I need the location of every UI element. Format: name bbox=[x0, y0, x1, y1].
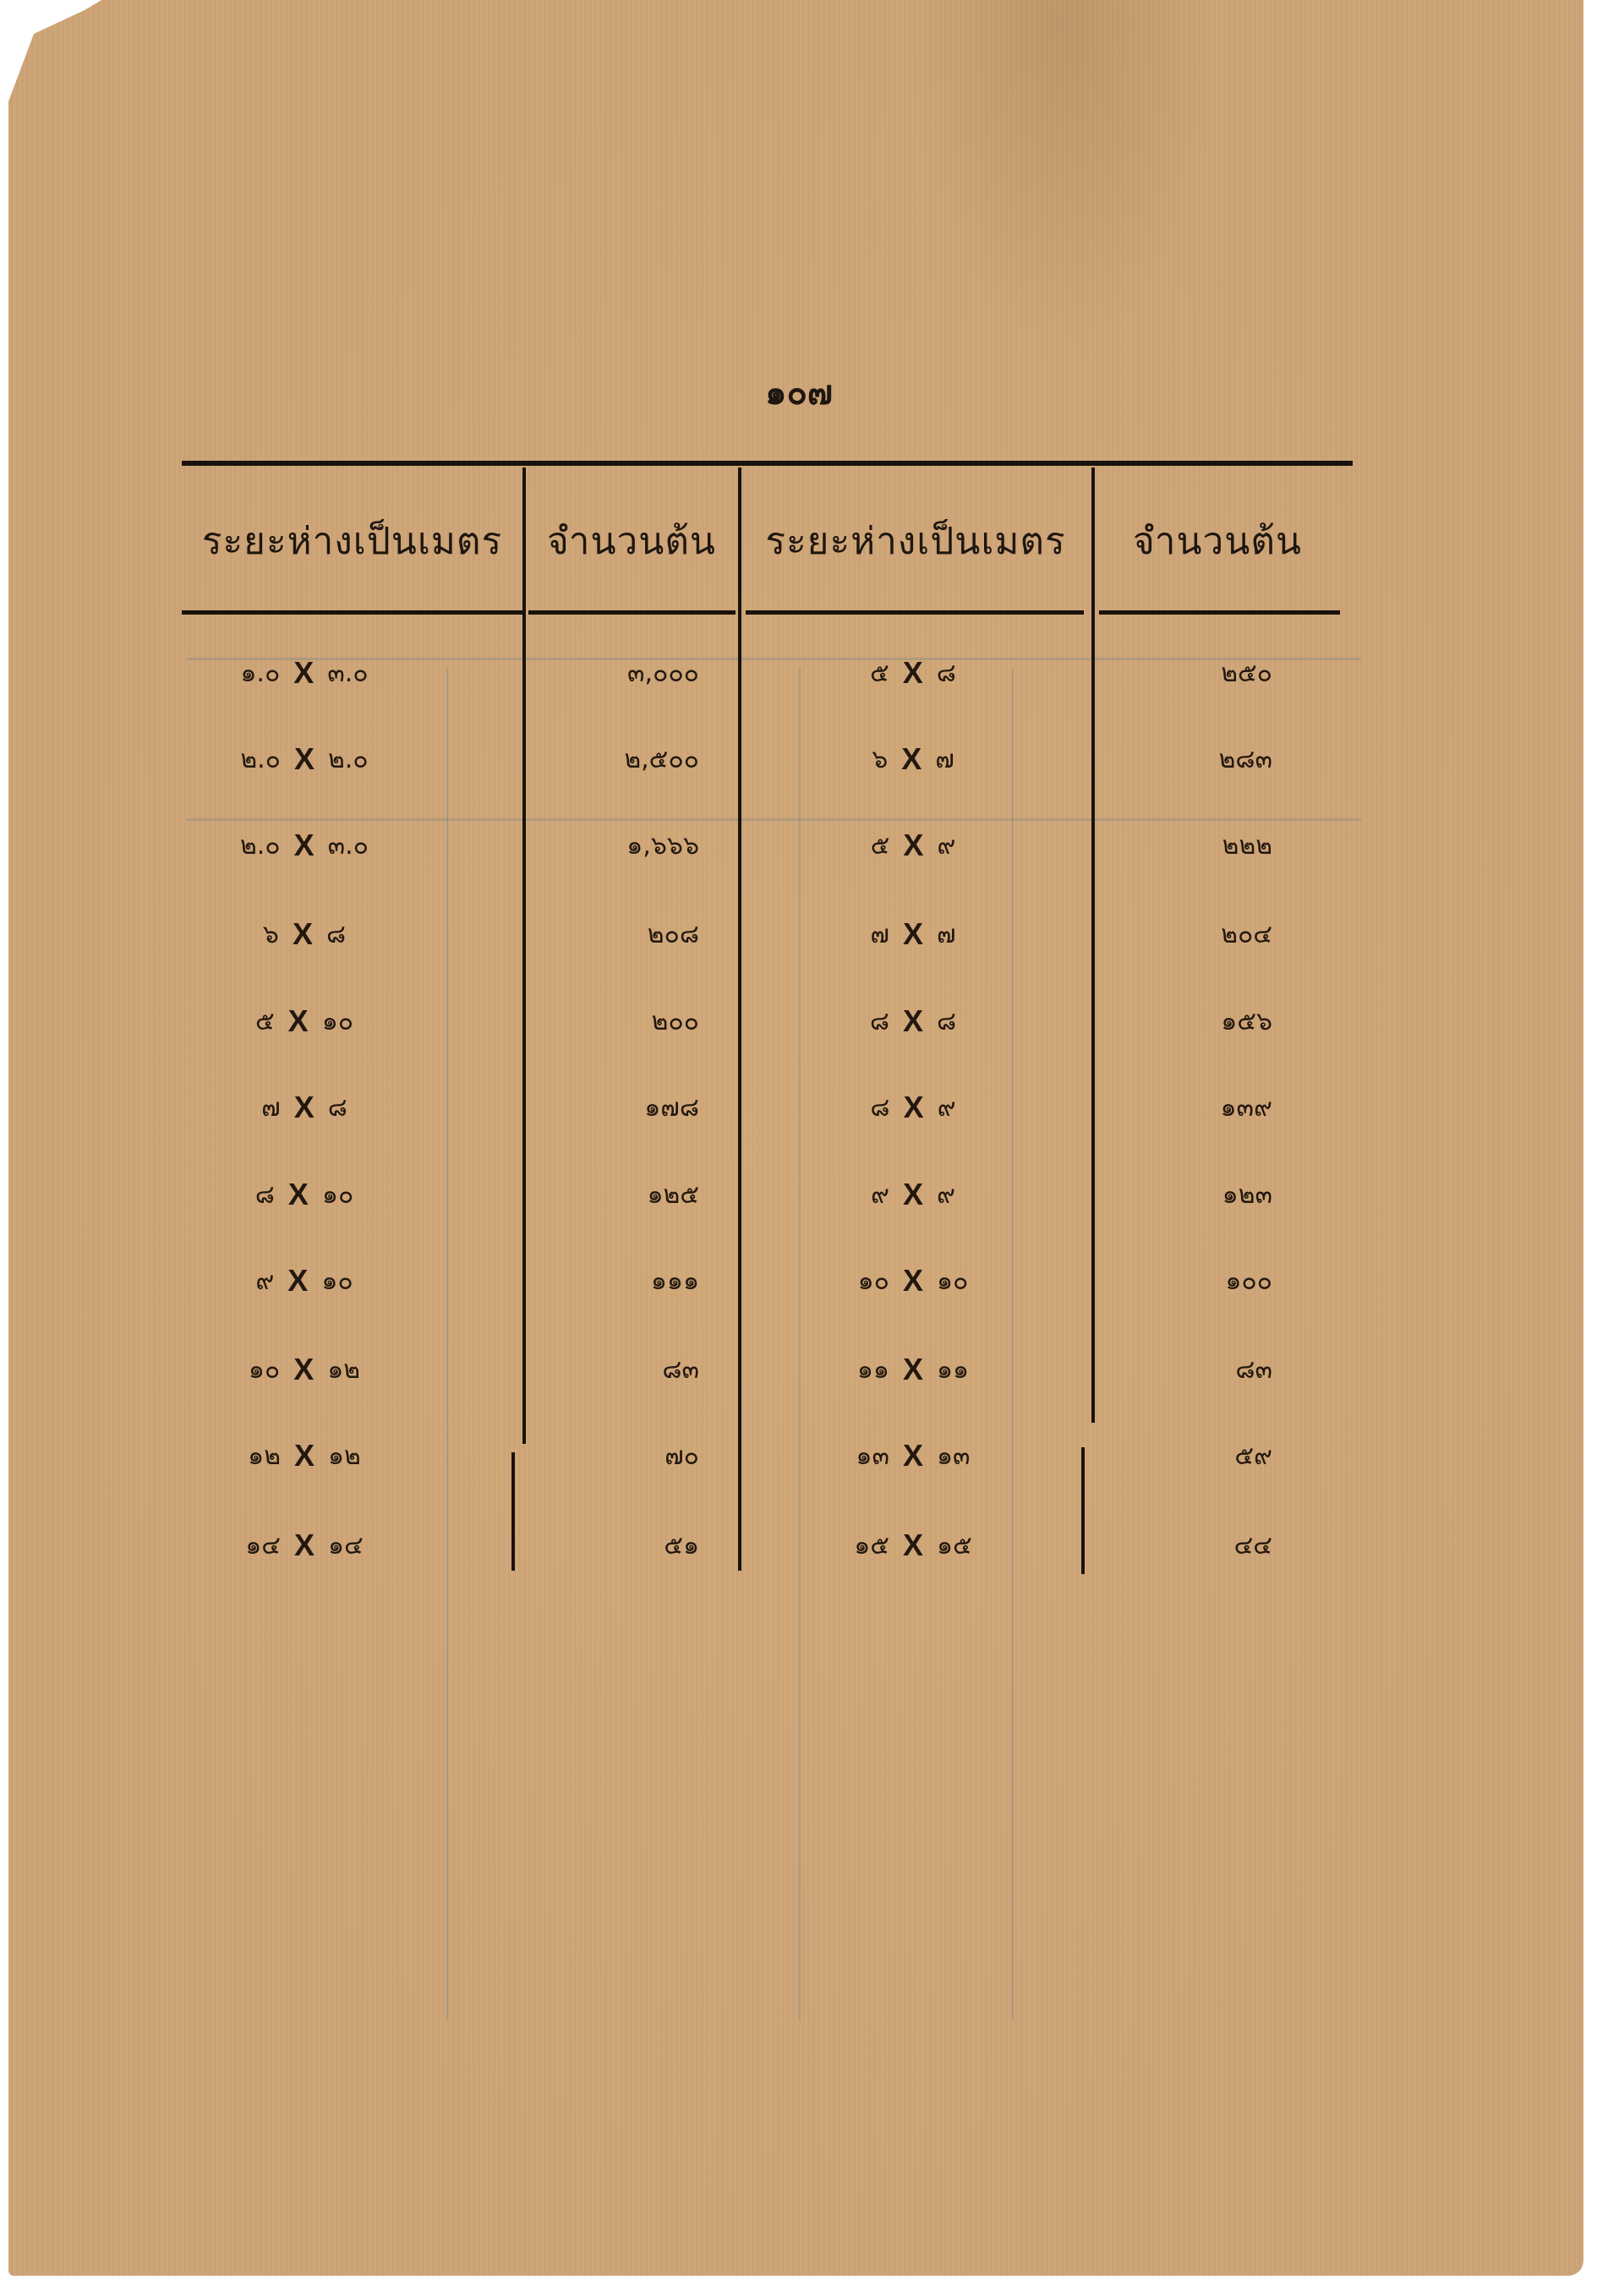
spacing-cell: ๕X๙ bbox=[744, 820, 1082, 871]
tree-count-cell: ๒๘๓ bbox=[1095, 734, 1272, 784]
times-sign: X bbox=[293, 916, 313, 952]
times-sign: X bbox=[903, 1352, 923, 1387]
times-sign: X bbox=[288, 1003, 309, 1039]
tree-count-cell: ๒๐๐ bbox=[526, 996, 699, 1047]
spacing-width: ๑.๐ bbox=[240, 653, 280, 693]
spacing-length: ๗ bbox=[937, 915, 956, 954]
spacing-width: ๘ bbox=[255, 1175, 275, 1215]
tree-count-cell: ๑๒๕ bbox=[526, 1169, 699, 1220]
spacing-width: ๑๑ bbox=[857, 1350, 889, 1390]
spacing-length: ๘ bbox=[937, 1002, 956, 1041]
spacing-length: ๘ bbox=[326, 915, 346, 954]
bleed-through-line bbox=[446, 668, 448, 2020]
spacing-width: ๕ bbox=[871, 826, 890, 866]
spacing-cell: ๘X๘ bbox=[744, 996, 1082, 1047]
spacing-width: ๘ bbox=[870, 1002, 889, 1041]
header-spacing-right: ระยะห่างเป็นเมตร bbox=[741, 507, 1090, 575]
spacing-length: ๙ bbox=[937, 1175, 955, 1215]
spacing-width: ๗ bbox=[870, 915, 889, 954]
times-sign: X bbox=[903, 1528, 923, 1563]
tree-count-cell: ๒๐๘ bbox=[526, 909, 699, 959]
tree-count-cell: ๑๑๑ bbox=[526, 1255, 699, 1306]
spacing-cell: ๑๕X๑๕ bbox=[744, 1520, 1082, 1571]
tree-count-cell: ๓,๐๐๐ bbox=[526, 648, 699, 698]
spacing-cell: ๑๓X๑๓ bbox=[744, 1430, 1082, 1481]
tree-count-cell: ๑๓๙ bbox=[1095, 1082, 1272, 1133]
header-count-right: จำนวนต้น bbox=[1095, 507, 1340, 575]
spacing-cell: ๑๐X๑๐ bbox=[744, 1255, 1082, 1306]
spacing-length: ๘ bbox=[328, 1088, 347, 1128]
spacing-width: ๑๒ bbox=[248, 1436, 281, 1476]
spacing-length: ๘ bbox=[937, 653, 956, 693]
spacing-width: ๖ bbox=[872, 740, 888, 779]
tree-count-cell: ๒,๕๐๐ bbox=[526, 734, 699, 784]
tree-count-cell: ๑,๖๖๖ bbox=[526, 820, 699, 871]
spacing-width: ๑๔ bbox=[245, 1526, 281, 1566]
spacing-cell: ๕X๑๐ bbox=[182, 996, 427, 1047]
spacing-cell: ๒.๐X๒.๐ bbox=[182, 734, 427, 784]
tree-count-cell: ๑๗๘ bbox=[526, 1082, 699, 1133]
tree-count-cell: ๕๙ bbox=[1095, 1430, 1272, 1481]
spacing-length: ๒.๐ bbox=[328, 740, 369, 779]
spacing-cell: ๑๐X๑๒ bbox=[182, 1344, 427, 1395]
spacing-length: ๑๓ bbox=[937, 1436, 971, 1476]
spacing-width: ๒.๐ bbox=[240, 740, 281, 779]
spacing-length: ๑๐ bbox=[937, 1261, 968, 1301]
spacing-width: ๘ bbox=[870, 1088, 889, 1128]
spacing-length: ๑๐ bbox=[322, 1175, 353, 1215]
tree-count-cell: ๑๒๓ bbox=[1095, 1169, 1272, 1220]
header-bottom-rule bbox=[182, 610, 522, 615]
times-sign: X bbox=[293, 1352, 314, 1387]
times-sign: X bbox=[904, 1090, 924, 1125]
times-sign: X bbox=[903, 1177, 923, 1212]
spacing-cell: ๗X๘ bbox=[182, 1082, 427, 1133]
times-sign: X bbox=[903, 916, 923, 952]
spacing-width: ๙ bbox=[255, 1261, 274, 1301]
spacing-width: ๑๓ bbox=[856, 1436, 889, 1476]
times-sign: X bbox=[287, 1263, 308, 1298]
paper-page bbox=[8, 0, 1583, 2276]
spacing-cell: ๙X๙ bbox=[744, 1169, 1082, 1220]
column-divider bbox=[738, 467, 741, 1571]
header-count-left: จำนวนต้น bbox=[526, 507, 737, 575]
spacing-cell: ๑๔X๑๔ bbox=[182, 1520, 427, 1571]
times-sign: X bbox=[294, 1528, 314, 1563]
spacing-length: ๑๑ bbox=[937, 1350, 969, 1390]
tree-count-cell: ๔๔ bbox=[1095, 1520, 1272, 1571]
tree-count-cell: ๒๕๐ bbox=[1095, 648, 1272, 698]
header-bottom-rule bbox=[1099, 610, 1340, 615]
spacing-length: ๓.๐ bbox=[327, 653, 368, 693]
spacing-length: ๑๔ bbox=[328, 1526, 364, 1566]
spacing-length: ๑๒ bbox=[328, 1436, 361, 1476]
spacing-length: ๑๕ bbox=[937, 1526, 972, 1566]
spacing-width: ๗ bbox=[261, 1088, 281, 1128]
spacing-cell: ๑.๐X๓.๐ bbox=[182, 648, 427, 698]
spacing-width: ๕ bbox=[255, 1002, 275, 1041]
times-sign: X bbox=[901, 741, 922, 777]
page-number: ๑๐๗ bbox=[752, 365, 845, 419]
column-divider bbox=[511, 1452, 515, 1571]
spacing-cell: ๖X๗ bbox=[744, 734, 1082, 784]
tree-count-cell: ๘๓ bbox=[1095, 1344, 1272, 1395]
header-bottom-rule bbox=[746, 610, 1084, 615]
times-sign: X bbox=[903, 828, 923, 863]
spacing-width: ๑๕ bbox=[854, 1526, 889, 1566]
tree-count-cell: ๑๐๐ bbox=[1095, 1255, 1272, 1306]
spacing-length: ๑๒ bbox=[327, 1350, 360, 1390]
spacing-length: ๙ bbox=[938, 1088, 956, 1128]
spacing-cell: ๘X๙ bbox=[744, 1082, 1082, 1133]
times-sign: X bbox=[294, 1090, 314, 1125]
spacing-cell: ๑๑X๑๑ bbox=[744, 1344, 1082, 1395]
spacing-cell: ๒.๐X๓.๐ bbox=[182, 820, 427, 871]
spacing-length: ๓.๐ bbox=[328, 826, 369, 866]
header-spacing-left: ระยะห่างเป็นเมตร bbox=[182, 507, 522, 575]
spacing-width: ๑๐ bbox=[858, 1261, 889, 1301]
spacing-width: ๑๐ bbox=[249, 1350, 280, 1390]
table-top-rule bbox=[182, 461, 1353, 466]
tree-count-cell: ๒๐๔ bbox=[1095, 909, 1272, 959]
header-bottom-rule bbox=[528, 610, 736, 615]
times-sign: X bbox=[293, 655, 314, 691]
spacing-cell: ๗X๗ bbox=[744, 909, 1082, 959]
spacing-width: ๕ bbox=[870, 653, 889, 693]
spacing-length: ๗ bbox=[935, 740, 954, 779]
tree-count-cell: ๕๑ bbox=[526, 1520, 699, 1571]
tree-count-cell: ๑๕๖ bbox=[1095, 996, 1272, 1047]
times-sign: X bbox=[903, 1438, 923, 1473]
spacing-width: ๖ bbox=[263, 915, 279, 954]
spacing-cell: ๙X๑๐ bbox=[182, 1255, 427, 1306]
spacing-cell: ๘X๑๐ bbox=[182, 1169, 427, 1220]
spacing-width: ๒.๐ bbox=[240, 826, 281, 866]
spacing-length: ๑๐ bbox=[321, 1261, 353, 1301]
tree-count-cell: ๒๒๒ bbox=[1095, 820, 1272, 871]
times-sign: X bbox=[903, 655, 923, 691]
spacing-length: ๑๐ bbox=[322, 1002, 353, 1041]
spacing-length: ๙ bbox=[937, 826, 955, 866]
tree-count-cell: ๘๓ bbox=[526, 1344, 699, 1395]
spacing-width: ๙ bbox=[871, 1175, 889, 1215]
times-sign: X bbox=[288, 1177, 309, 1212]
spacing-cell: ๕X๘ bbox=[744, 648, 1082, 698]
times-sign: X bbox=[294, 1438, 314, 1473]
tree-count-cell: ๗๐ bbox=[526, 1430, 699, 1481]
times-sign: X bbox=[294, 828, 314, 863]
times-sign: X bbox=[294, 741, 314, 777]
spacing-cell: ๖X๘ bbox=[182, 909, 427, 959]
times-sign: X bbox=[903, 1263, 923, 1298]
spacing-cell: ๑๒X๑๒ bbox=[182, 1430, 427, 1481]
times-sign: X bbox=[903, 1003, 923, 1039]
